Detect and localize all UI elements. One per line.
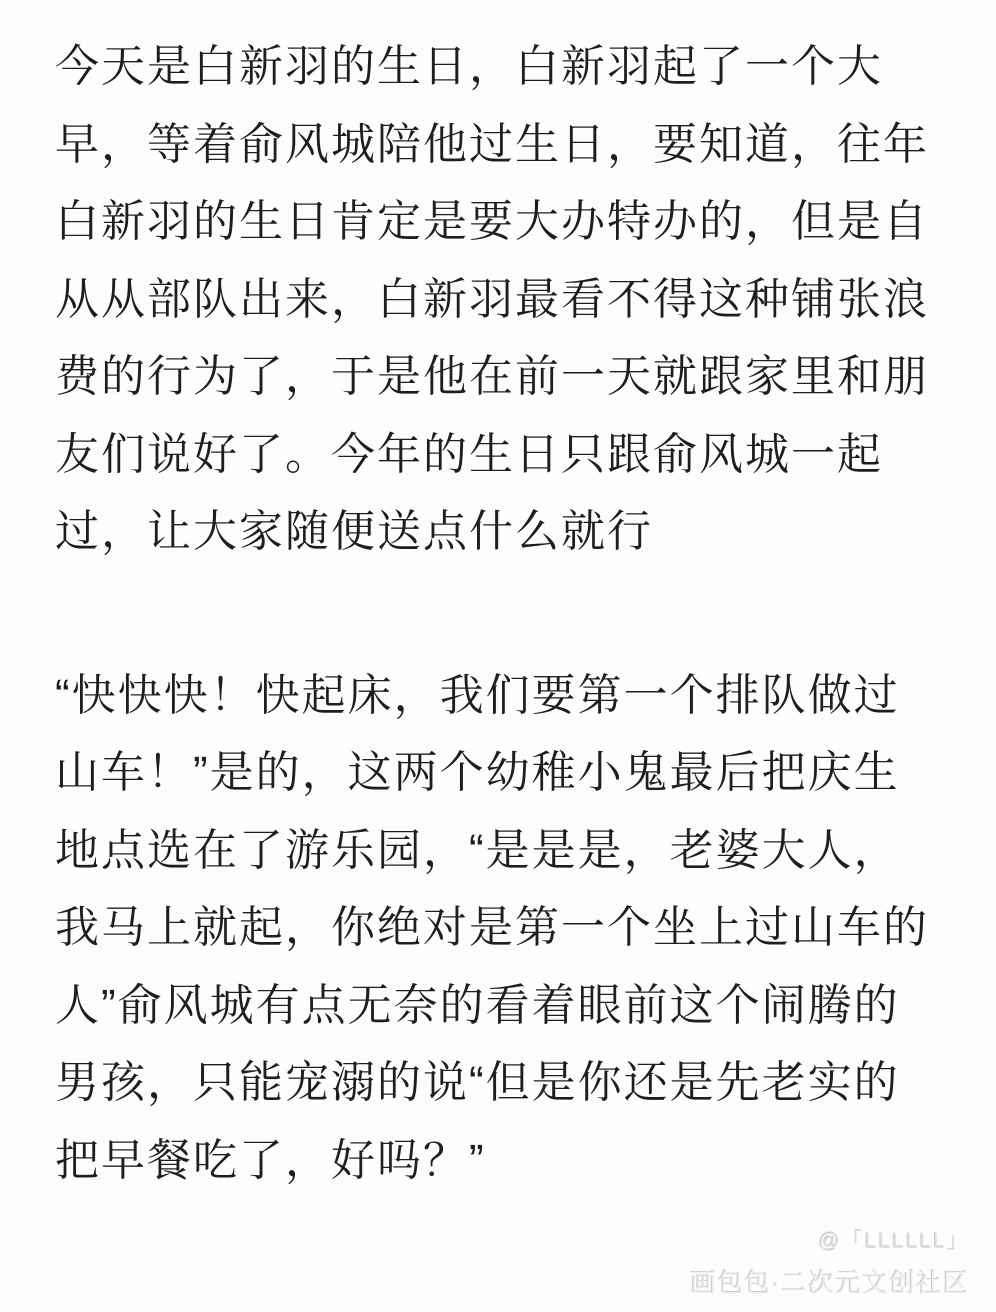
text-line: 早，等着俞风城陪他过生日，要知道，往年 xyxy=(55,106,956,184)
watermark-username: @「LLLLLL」 xyxy=(690,1225,970,1255)
text-line: 今天是白新羽的生日，白新羽起了一个大 xyxy=(55,28,956,106)
text-line: 人”俞风城有点无奈的看着眼前这个闹腾的 xyxy=(55,967,956,1045)
text-line: 地点选在了游乐园，“是是是，老婆大人， xyxy=(55,812,956,890)
watermark: @「LLLLLL」 画包包·二次元文创社区 xyxy=(690,1225,970,1300)
paragraph-2: “快快快！快起床，我们要第一个排队做过山车！”是的，这两个幼稚小鬼最后把庆生地点… xyxy=(55,657,956,1200)
paragraph-1: 今天是白新羽的生日，白新羽起了一个大早，等着俞风城陪他过生日，要知道，往年白新羽… xyxy=(55,28,956,571)
text-line: 把早餐吃了，好吗？” xyxy=(55,1122,956,1200)
text-line: 山车！”是的，这两个幼稚小鬼最后把庆生 xyxy=(55,734,956,812)
story-text-block: 今天是白新羽的生日，白新羽起了一个大早，等着俞风城陪他过生日，要知道，往年白新羽… xyxy=(55,28,956,1285)
text-line: 友们说好了。今年的生日只跟俞风城一起 xyxy=(55,416,956,494)
text-line: 男孩，只能宠溺的说“但是你还是先老实的 xyxy=(55,1044,956,1122)
watermark-site-name: 画包包·二次元文创社区 xyxy=(690,1263,970,1300)
text-line: 费的行为了，于是他在前一天就跟家里和朋 xyxy=(55,338,956,416)
text-line: 从从部队出来，白新羽最看不得这种铺张浪 xyxy=(55,261,956,339)
text-line: 白新羽的生日肯定是要大办特办的，但是自 xyxy=(55,183,956,261)
text-line: 过，让大家随便送点什么就行 xyxy=(55,493,956,571)
text-line: 我马上就起，你绝对是第一个坐上过山车的 xyxy=(55,889,956,967)
text-line: “快快快！快起床，我们要第一个排队做过 xyxy=(55,657,956,735)
